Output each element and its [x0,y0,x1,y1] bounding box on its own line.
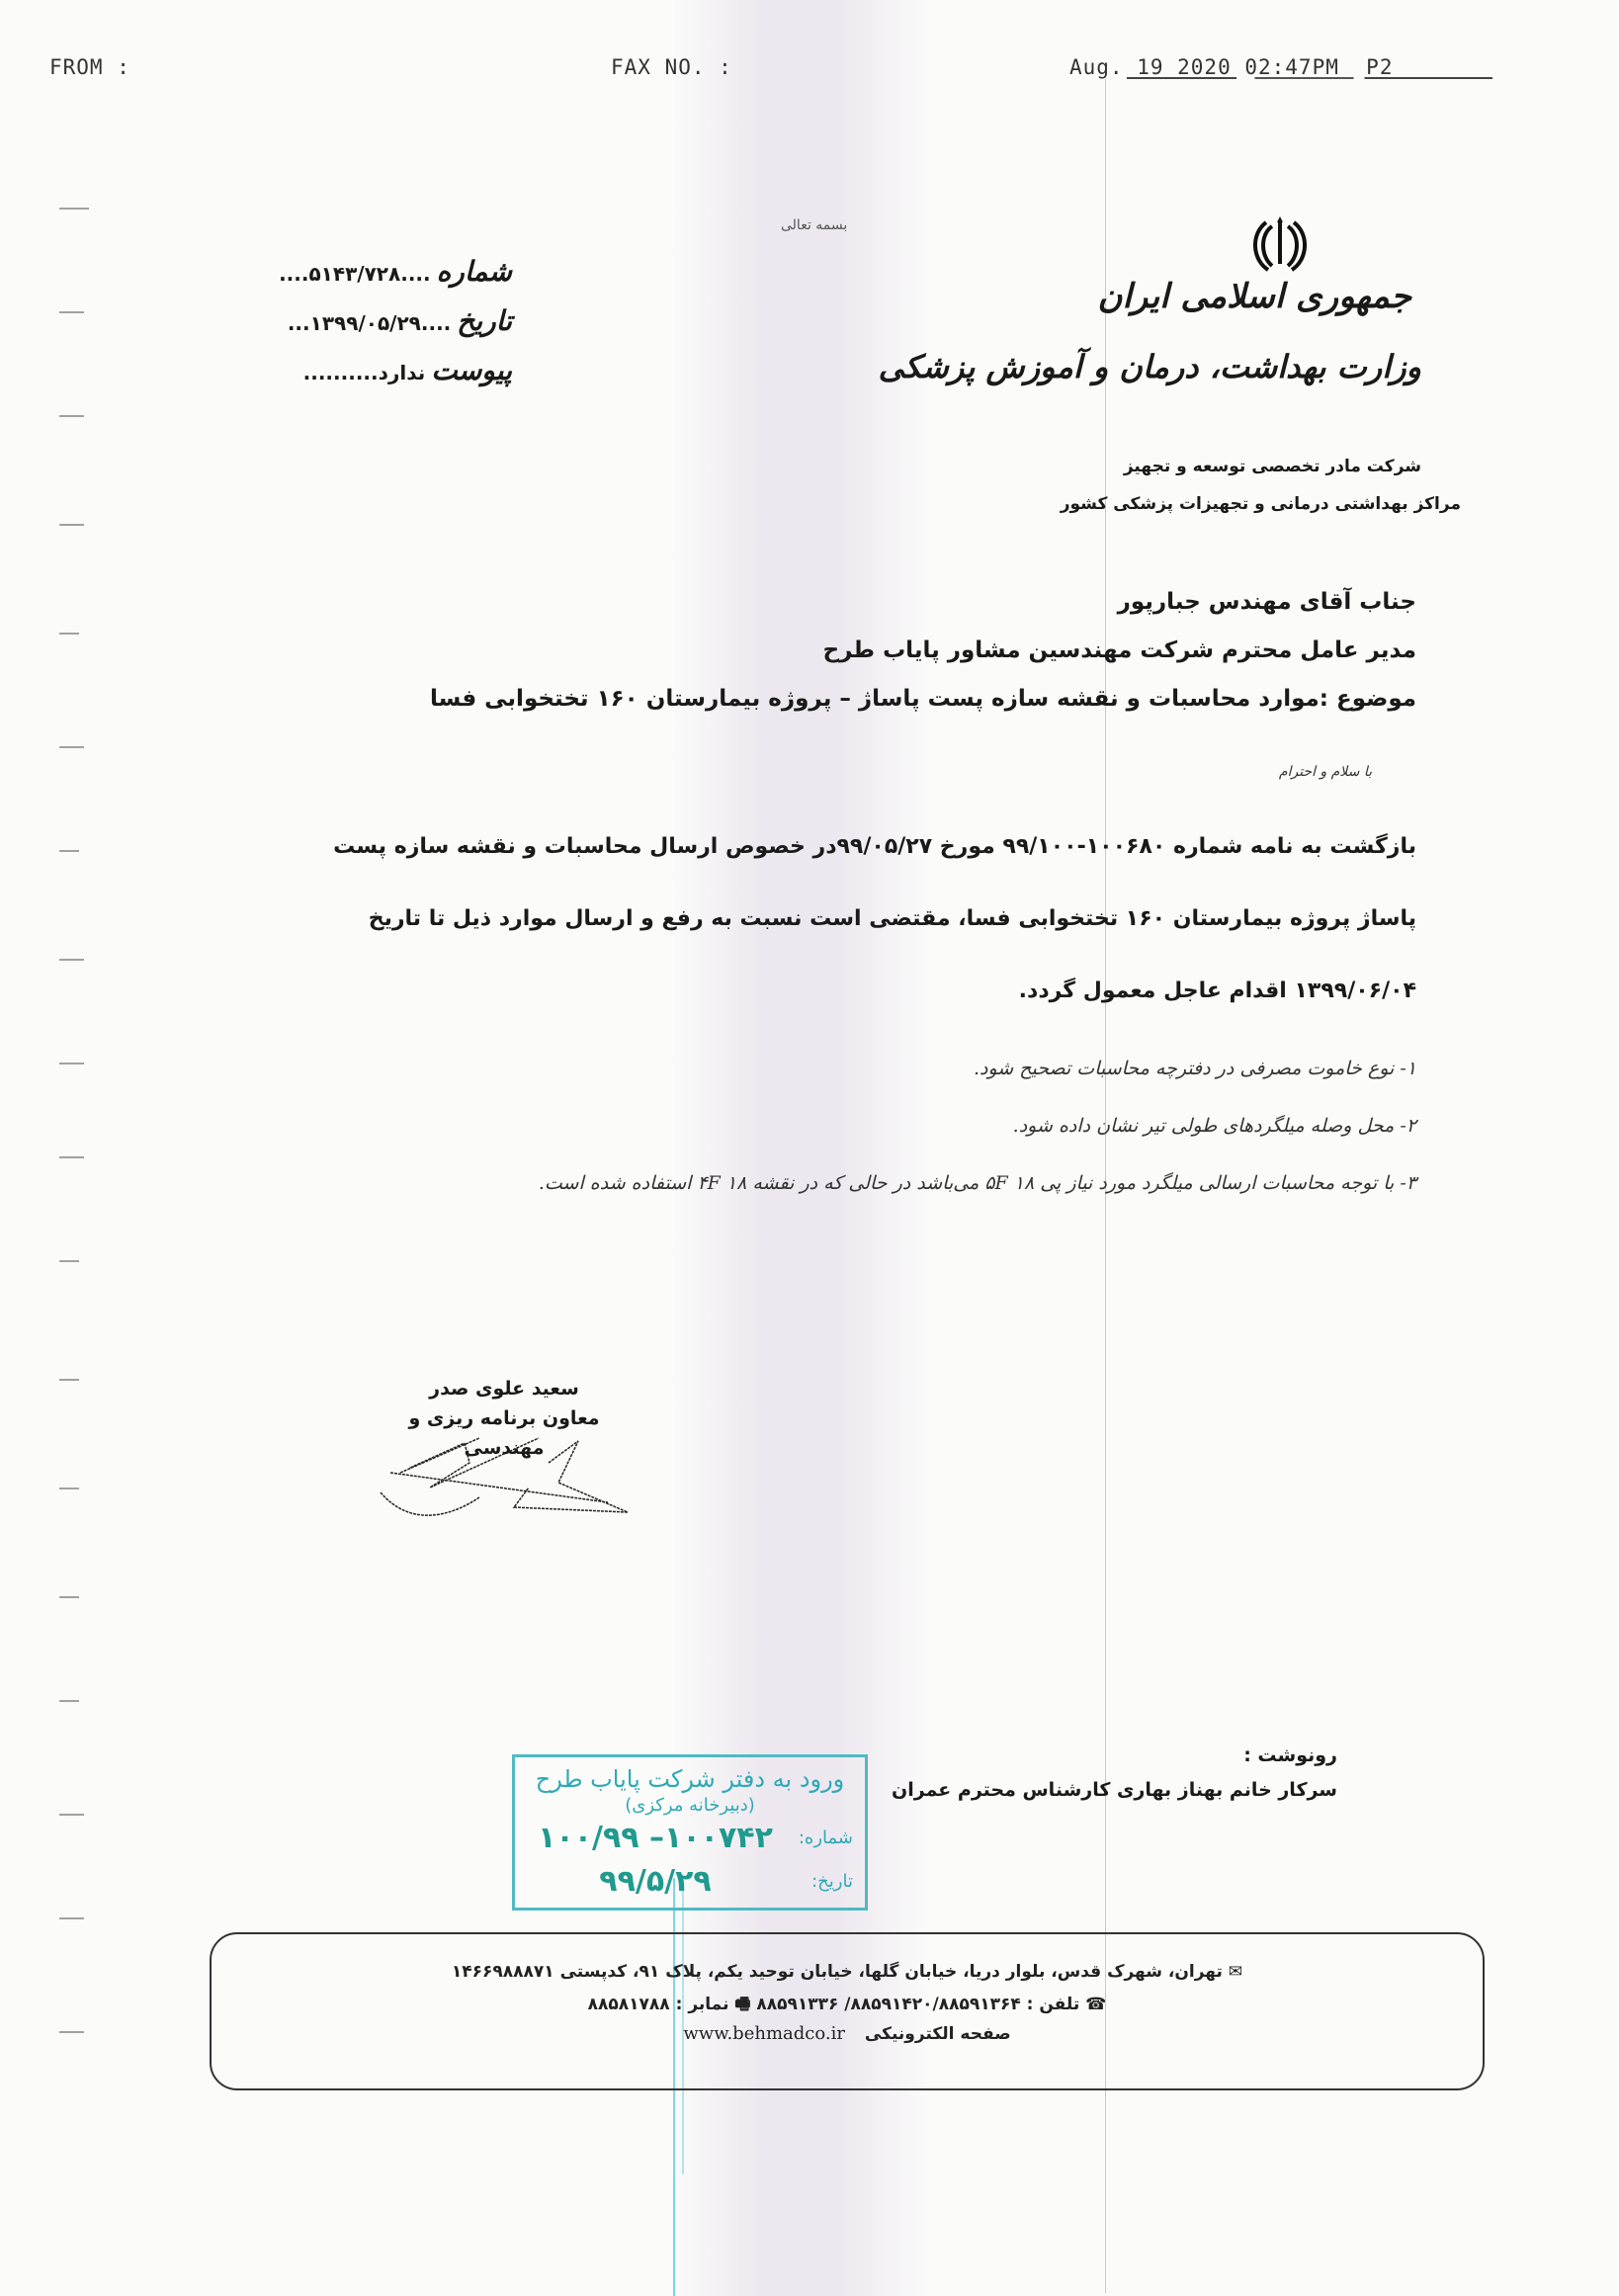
reference-attachment: ..........ندارد [303,361,426,384]
footer-website: صفحه الکترونیکی www.behmadco.ir [212,2023,1483,2044]
recipient-title: مدیر عامل محترم شرکت مهندسین مشاور پایاب… [823,638,1416,663]
fax-timestamp: Aug. 19 2020 02:47PM P2 [1069,55,1393,79]
cc-label: رونوشت : [1243,1744,1337,1766]
recipient-name: جناب آقای مهندس جبارپور [1118,589,1416,615]
organization-line-1: شرکت مادر تخصصی توسعه و تجهیز [1124,457,1421,476]
fax-icon: 🖷 [728,1995,750,2014]
fax-from-label: FROM : [49,55,130,79]
footer-phone-fax: ☎ تلفن : ۸۸۵۹۱۴۲۰/۸۸۵۹۱۳۶۴/ ۸۸۵۹۱۳۳۶ 🖷 ن… [212,1992,1483,2020]
list-item: ۲- محل وصله میلگردهای طولی تیر نشان داده… [1013,1115,1416,1137]
phone-numbers: ۸۸۵۹۱۴۲۰/۸۸۵۹۱۳۶۴/ ۸۸۵۹۱۳۳۶ [756,1995,1020,2014]
reference-number-label: شماره [437,255,512,288]
fax-label: نمابر : [676,1995,729,2014]
fax-header-rule [1127,77,1492,79]
fax-number: ۸۸۵۸۱۷۸۸ [588,1995,670,2014]
organization-line-2: مراکز بهداشتی درمانی و تجهیزات پزشکی کشو… [1061,494,1461,514]
stamp-number-label: شماره: [784,1828,853,1848]
stamp-subtitle: (دبیرخانه مرکزی) [527,1795,853,1816]
fax-page: P2 [1366,55,1393,79]
handwritten-signature [371,1433,657,1532]
footer-contact-box: ✉ تهران، شهرک قدس، بلوار دریا، خیابان گل… [210,1932,1485,2090]
stamp-number: ۱۰۰/۹۹ –۱۰۰۷۴۲ [527,1821,784,1855]
basmala: بسمه تعالی [781,217,847,233]
cc-recipient: سرکار خانم بهناز بهاری کارشناس محترم عمر… [892,1779,1337,1801]
reference-date-label: تاریخ [457,304,512,337]
mail-icon: ✉ [1223,1962,1242,1982]
phone-icon: ☎ [1079,1995,1106,2014]
list-item: ۱- نوع خاموت مصرفی در دفترچه محاسبات تصح… [974,1058,1416,1079]
reference-block: ....۵۱۴۳/۷۲۸.... شماره ...۱۳۹۹/۰۵/۲۹....… [265,255,512,403]
reference-number: ....۵۱۴۳/۷۲۸.... [279,262,431,286]
reference-date: ...۱۳۹۹/۰۵/۲۹.... [288,311,451,335]
phone-label: تلفن : [1027,1995,1080,2014]
stamp-date: ۹۹/۵/۲۹ [527,1864,784,1899]
received-stamp: ورود به دفتر شرکت پایاب طرح (دبیرخانه مر… [512,1754,868,1911]
footer-address: ✉ تهران، شهرک قدس، بلوار دریا، خیابان گل… [212,1962,1483,1982]
letter-subject: موضوع :موارد محاسبات و نقشه سازه پست پاس… [430,686,1416,712]
greeting: با سلام و احترام [1279,764,1372,780]
country-name: جمهوری اسلامی ایران [1098,277,1411,316]
reference-attachment-label: پیوست [431,354,512,386]
fax-number-label: FAX NO. : [611,55,732,79]
body-paragraph: بازگشت به نامه شماره ۱۰۰۶۸۰-۹۹/۱۰۰ مورخ … [329,810,1416,1027]
stamp-date-label: تاریخ: [784,1871,853,1892]
ministry-name: وزارت بهداشت، درمان و آموزش پزشکی [879,348,1421,385]
website-link[interactable]: www.behmadco.ir [683,2023,845,2044]
list-item: ۳- با توجه محاسبات ارسالی میلگرد مورد نی… [539,1172,1416,1194]
fax-header: FROM : FAX NO. : Aug. 19 2020 02:47PM P2 [0,55,1619,85]
iran-emblem-icon [1250,213,1310,274]
stamp-title: ورود به دفتر شرکت پایاب طرح [527,1765,853,1793]
signer-name: سعید علوی صدر [390,1374,618,1403]
website-label: صفحه الکترونیکی [865,2024,1011,2044]
